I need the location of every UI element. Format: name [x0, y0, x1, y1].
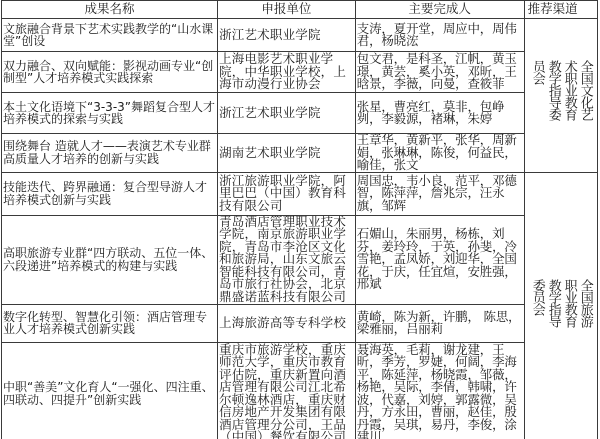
applicant-unit: 湖南艺术职业学院 — [218, 134, 356, 173]
table-row: 本土文化语境下“3-3-3”舞蹈复合型人才培养模式的探索与实践 浙江艺术职业学院… — [2, 93, 598, 134]
table-row: 双力融合、双向赋能：影视动画专业“创制型”人才培养模式实践探索 上海电影艺术职业… — [2, 52, 598, 93]
header-channel: 推荐渠道 — [524, 1, 597, 19]
achievement-name: 本土文化语境下“3-3-3”舞蹈复合型人才培养模式的探索与实践 — [2, 93, 218, 134]
table-row: 技能迭代、跨界融通：复合型导游人才培养模式创新与实践 浙江旅游职业学院，阿里巴巴… — [2, 172, 598, 215]
table-row: 围绕舞台 造就人才——表演艺术专业群高质量人才培养的创新与实践 湖南艺术职业学院… — [2, 134, 598, 173]
main-contributors: 黄崎，陈为新，许鹏， 陈思，梁雅丽，吕丽莉 — [355, 304, 524, 342]
table-row: 数字化转型、智慧化引领：酒店管理专业人才培养模式创新实践 上海旅游高等专科学校 … — [2, 304, 598, 342]
channel-label: 全国文化艺术职业教育教学指导委员会 — [529, 60, 593, 128]
recommend-channel-arts: 全国文化艺术职业教育教学指导委员会 — [524, 19, 597, 173]
achievement-name: 高职旅游专业群“四方联动、五位一体、六段递进”培养模式的构建与实践 — [2, 215, 218, 304]
header-unit: 申报单位 — [218, 1, 356, 19]
main-contributors: 石媚山，朱丽男，杨栋，刘芬，姜玲玲，于英，孙斐，冷雪艳，孟凤娇，刘迎华，全国花，… — [355, 215, 524, 304]
achievement-name: 数字化转型、智慧化引领：酒店管理专业人才培养模式创新实践 — [2, 304, 218, 342]
achievement-name: 中职“善美”文化育人“一强化、四注重、四联动、四提升”创新实践 — [2, 342, 218, 439]
achievement-name: 技能迭代、跨界融通：复合型导游人才培养模式创新与实践 — [2, 172, 218, 215]
channel-label: 全国旅游职业教育教学指导委员会 — [529, 279, 593, 335]
applicant-unit: 浙江艺术职业学院 — [218, 19, 356, 52]
table-row: 高职旅游专业群“四方联动、五位一体、六段递进”培养模式的构建与实践 青岛酒店管理… — [2, 215, 598, 304]
applicant-unit: 浙江旅游职业学院，阿里巴巴（中国）教育科技有限公司 — [218, 172, 356, 215]
header-name: 成果名称 — [2, 1, 218, 19]
applicant-unit: 青岛酒店管理职业技术学院，南京旅游职业学院，青岛市李沧区文化和旅游局，山东文旅云… — [218, 215, 356, 304]
achievement-name: 双力融合、双向赋能：影视动画专业“创制型”人才培养模式实践探索 — [2, 52, 218, 93]
applicant-unit: 上海旅游高等专科学校 — [218, 304, 356, 342]
table-row: 中职“善美”文化育人“一强化、四注重、四联动、四提升”创新实践 重庆市旅游学校，… — [2, 342, 598, 439]
header-people: 主要完成人 — [355, 1, 524, 19]
main-contributors: 包文君，是科圣，江帆，黄玉璟，黄芸，奚小英，邓昕，王晗景，李薇，向曼，查筱菲 — [355, 52, 524, 93]
applicant-unit: 重庆市旅游学校，重庆师范大学，重庆市教育评估院，重庆新置向酒店管理有限公司江北希… — [218, 342, 356, 439]
awards-table: 成果名称 申报单位 主要完成人 推荐渠道 文旅融合背景下艺术实践教学的“山水课堂… — [1, 0, 598, 439]
applicant-unit: 上海电影艺术职业学院，中华职业学校，上海市动漫行业协会 — [218, 52, 356, 93]
recommend-channel-tourism: 全国旅游职业教育教学指导委员会 — [524, 172, 597, 439]
table-header-row: 成果名称 申报单位 主要完成人 推荐渠道 — [2, 1, 598, 19]
main-contributors: 张星，曹亮红，莫非，包峥刿，李毅源，褚琳，朱婷 — [355, 93, 524, 134]
table-row: 文旅融合背景下艺术实践教学的“山水课堂”创设 浙江艺术职业学院 支涛，夏开堂，周… — [2, 19, 598, 52]
applicant-unit: 浙江艺术职业学院 — [218, 93, 356, 134]
achievement-name: 围绕舞台 造就人才——表演艺术专业群高质量人才培养的创新与实践 — [2, 134, 218, 173]
main-contributors: 王章华，黄新平，张华，周新娟，张琳琳，陈俊，何益民，喻佳，张文 — [355, 134, 524, 173]
main-contributors: 支涛，夏开堂，周应中，周伟君，杨晓浤 — [355, 19, 524, 52]
achievement-name: 文旅融合背景下艺术实践教学的“山水课堂”创设 — [2, 19, 218, 52]
main-contributors: 聂海英，毛莉，谢龙建，王昕，季芳，罗婕，何阔，李海平，陈延萍，杨晓霞，邹薇，杨艳… — [355, 342, 524, 439]
main-contributors: 周国忠，韦小良，范平，邓德智，陈萍萍，詹兆宗，汪永旗，邹辉 — [355, 172, 524, 215]
